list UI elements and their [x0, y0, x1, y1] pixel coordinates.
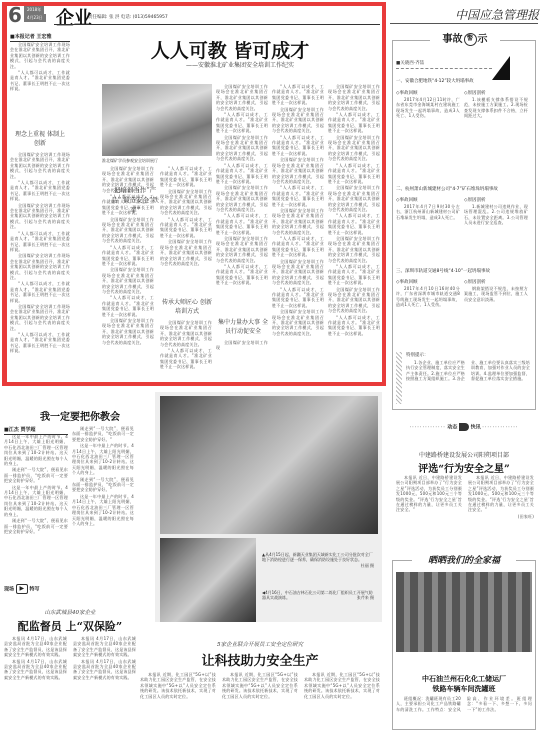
feature-intro-text: 全国煤矿安全培训工作现场会在淮北矿业集团召开，淮北矿业集团以其创新的安全培训工作… — [10, 42, 70, 69]
body-para: “人人都可以成才，工作就是育人才。”淮北矿业集团党委书记、董事长王明胜不止一次这… — [216, 213, 268, 235]
case-1-cause: 1.该模板支撑体系搭设不规范，未按施工方案施工。2.现场检查发现支撑体系扣件不合… — [464, 97, 528, 167]
body-para: “人人都可以成才，工作就是育人才。”淮北矿业集团党委书记、董事长王明胜不止一次这… — [10, 332, 70, 354]
article-text: 刚走到“一号大院”，便看见东面一排监护员，“吃饭前可一定要把安全防护穿好。” — [4, 518, 68, 534]
body-para: 全国煤矿安全培训工作现场会在淮北矿业集团召开，淮北矿业集团以其创新的安全培训工作… — [160, 320, 212, 347]
case-3-review: 2017年4月10日16时40分许，广东省深圳市城市轨道交通8号线施工现场发生一… — [396, 286, 460, 342]
caption-2-credit: 张芹来 摄 — [357, 595, 374, 600]
speaker-icon — [459, 423, 469, 431]
play-icon[interactable]: ▶ — [16, 584, 28, 594]
body-para: 全国煤矿安全培训工作现场会在淮北矿业集团召开，淮北矿业集团以其创新的安全培训工作… — [328, 287, 380, 314]
feature-byline: ■本报记者 王宏雅 — [10, 33, 70, 42]
case-text: 1.该模板支撑体系搭设不规范，未按施工方案施工。2.现场检查发现支撑体系扣件不合… — [464, 97, 528, 119]
feature-photo — [102, 84, 212, 156]
flash-headline: 评选“行为安全之星” — [392, 460, 536, 475]
news-flash-divider: ·············· 动态 快讯 ·············· — [392, 423, 536, 431]
tech-text: 本报讯 近期，化工园区“5G+以”技术助力化工园区安全生产监管，在安全技术领域实… — [140, 672, 216, 699]
our-home-photo — [396, 572, 532, 652]
body-para: “人人都可以成才，工作就是育人才。”淮北矿业集团党委书记、董事长王明胜不止一次这… — [10, 180, 70, 202]
insurance-text: 本报讯 4月17日，山东武城县安监局首批为全县40家企业配备了安全生产监督员，这… — [4, 636, 67, 658]
body-para: 全国煤矿安全培训工作现场会在淮北矿业集团召开，淮北矿业集团以其创新的安全培训工作… — [272, 208, 324, 235]
flash-text: 本报讯 近日，中建路桥建设发展公司阳朔项目部举办了“行为安全之星”评选活动，为获… — [468, 475, 534, 513]
our-home-headline-1: 中石油兰州石化化工储运厂 — [396, 674, 532, 684]
tech-body: 本报讯 近期，化工园区“5G+以”技术助力化工园区安全生产监管，在安全技术领域实… — [140, 672, 380, 730]
body-para: “人人都可以成才，工作就是育人才。”淮北矿业集团党委书记、董事长王明胜不止一次这… — [216, 163, 268, 185]
body-para: “人人都可以成才，工作就是育人才。”淮北矿业集团党委书记、董事长王明胜不止一次这… — [328, 163, 380, 185]
flash-label-right: 快讯 — [471, 425, 481, 431]
feature-col5-body: “人人都可以成才，工作就是育人才。”淮北矿业集团党委书记、董事长王明胜不止一次这… — [272, 84, 324, 378]
case-text: 2017年4月7日9时30分左右，浙江杭州萧山新城建材公司矿石堆垛发生坍塌，造成… — [396, 204, 460, 220]
insurance-text: 本报讯 4月17日，山东武城县安监局首批为全县40家企业配备了安全生产监督员，这… — [73, 659, 136, 681]
caption-1-text: ▲从4月15日起，新疆天业集团天域新实化工公司分批次对全厂地下消防栓进行逐一保养… — [262, 552, 373, 562]
article-text: 刚走到“一号大院”，便看见东面一排监护员，“吃饭前可一定要把安全防护穿好。” — [4, 467, 68, 483]
feature-col1-body: 全国煤矿安全培训工作现场会在淮北矿业集团召开，淮北矿业集团以其创新的安全培训工作… — [10, 152, 70, 377]
insurance-text: 本报讯 4月17日，山东武城县安监局首批为全县40家企业配备了安全生产监督员，这… — [73, 636, 136, 658]
body-para: “人人都可以成才，工作就是育人才。”淮北矿业集团党委书记、董事长王明胜不止一次这… — [272, 135, 324, 157]
photo-caption-2: ◀4月16日，中石油吉林石化公司第二炼化厂组织员工开展气防器具实战演练。 张芹来… — [262, 590, 374, 601]
body-para: “人人都可以成才，工作就是育人才。”淮北矿业集团党委书记、董事长王明胜不止一次这… — [102, 295, 154, 317]
caption-1-credit: 杜丽 摄 — [361, 563, 374, 568]
video-feature-bar: 现场 ▶ 特写 — [4, 584, 70, 594]
body-para: 全国煤矿安全培训工作现场会在淮北矿业集团召开，淮北矿业集团以其创新的安全培训工作… — [10, 203, 70, 230]
warning-author-rule — [396, 68, 492, 69]
gas-drill-photo — [160, 538, 256, 622]
dots-left: ·············· — [410, 425, 446, 431]
body-para: “人人都可以成才，工作就是育人才。”淮北矿业集团党委书记、董事长王明胜不止一次这… — [272, 84, 324, 106]
body-para: “人人都可以成才，工作就是育人才。”淮北矿业集团党委书记、董事长王明胜不止一次这… — [272, 185, 324, 207]
case-text: 1.新城建材公司违规作业，现场管理混乱。2.公司违规堆放矿石，未设置安全距离。3… — [464, 204, 528, 226]
case-1-cause-label: ◇原因剖析 — [464, 90, 485, 96]
tech-headline: 让科技助力安全生产 — [140, 650, 380, 669]
body-para: 全国煤矿安全培训工作现场会在淮北矿业集团召开，淮北矿业集团以其创新的安全培训工作… — [102, 166, 154, 193]
case-3-cause-label: ◇原因剖析 — [464, 279, 485, 285]
tech-kicker: 5家企业联合开展员工安全定位研究 — [140, 640, 380, 648]
accident-warning-title: 事故警示 — [430, 32, 500, 48]
article-text: 刚走到“一号大院”，便看见东面一排监护员，“吃饭前可一定要把安全防护穿好。” — [72, 477, 134, 493]
tech-text: 本报讯 近期，化工园区“5G+以”技术助力化工园区安全生产监管，在安全技术领域实… — [304, 672, 380, 699]
feature-col3-body: “人人都可以成才，工作就是育人才。”淮北矿业集团党委书记、董事长王明胜不止一次这… — [160, 166, 212, 294]
feature-col4-body: 全国煤矿安全培训工作现场会在淮北矿业集团召开，淮北矿业集团以其创新的安全培训工作… — [216, 84, 268, 314]
case-3-title: 三、深圳市轨道交通8号线“4·10”一起坍塌事故 — [396, 268, 490, 274]
title-right: 示 — [478, 34, 488, 45]
tips-body: 1.各企业、施工单位应严格执行安全管理制度，落实安全生产主体责任。2.施工单位应… — [406, 360, 530, 404]
article-text: 这是一年中最上产的时节。4月14日上午，大雄上阳光明媚，中石化西北油田三厂管理一… — [4, 485, 68, 517]
video-label-right: 特写 — [30, 587, 40, 593]
tech-text: 本报讯 近期，化工园区“5G+以”技术助力化工园区安全生产监管，在安全技术领域实… — [222, 672, 298, 699]
falling-rocks-icon — [492, 56, 510, 80]
case-1-title: 一、安徽合肥地铁“4·12”较大坍塌事故 — [396, 78, 474, 84]
body-para: “人人都可以成才，工作就是育人才。”淮北矿业集团党委书记、董事长王明胜不止一次这… — [328, 112, 380, 134]
insurance-headline: 配监督员 上“双保险” — [4, 618, 136, 634]
insurance-body: 本报讯 4月17日，山东武城县安监局首批为全县40家企业配备了安全生产监督员，这… — [4, 636, 136, 730]
body-para: 全国煤矿安全培训工作现场会在淮北矿业集团召开，淮北矿业集团以其创新的安全培训工作… — [160, 239, 212, 266]
case-3-review-label: ◇事故回顾 — [396, 279, 417, 285]
feature-footer-credit: 全国煤矿安全培训工作现 — [216, 340, 268, 378]
body-para: 全国煤矿安全培训工作现场会在淮北矿业集团召开，淮北矿业集团以其创新的安全培训工作… — [102, 217, 154, 244]
flash-label-left: 动态 — [447, 425, 457, 431]
paper-name: 中国应急管理报 — [455, 6, 539, 23]
body-para: “人人都可以成才，工作就是育人才。”淮北矿业集团党委书记、董事长王明胜不止一次这… — [328, 264, 380, 286]
our-home-headline-2: 铁路车辆车间洗罐班 — [396, 684, 532, 694]
body-para: 全国煤矿安全培训工作现场会在淮北矿业集团召开，淮北矿业集团以其创新的安全培训工作… — [328, 135, 380, 162]
case-text: 2017年4月12日11时许，广东省东莞市金海城某村在建筑施工现场发生一起坍塌事… — [396, 97, 460, 119]
body-para: “人人都可以成才，工作就是育人才。”淮北矿业集团党委书记、董事长王明胜不止一次这… — [102, 245, 154, 267]
case-1-review-label: ◇事故回顾 — [396, 90, 417, 96]
bottom-left-col2: 刚走到“一号大院”，便看见东面一排监护员，“吃饭前可一定要把安全防护穿好。” 这… — [72, 426, 134, 574]
case-1-review: 2017年4月12日11时许，广东省东莞市金海城某村在建筑施工现场发生一起坍塌事… — [396, 97, 460, 167]
warning-icon: 警 — [464, 33, 477, 46]
masthead-rule-right — [390, 23, 538, 24]
body-para: “人人都可以成才，工作就是育人才。”淮北矿业集团党委书记、董事长王明胜不止一次这… — [328, 213, 380, 235]
body-para: 全国煤矿安全培训工作现场会在淮北矿业集团召开，淮北矿业集团以其创新的安全培训工作… — [272, 259, 324, 286]
article-text: 这是一年中最上产的时节。4月14日上午，大雄上阳光明媚，中石化西北油田三厂管理一… — [72, 494, 134, 526]
tips-text: 1.各企业、施工单位应严格执行安全管理制度，落实安全生产主体责任。2.施工单位应… — [406, 360, 530, 382]
feature-col6-body: 全国煤矿安全培训工作现场会在淮北矿业集团召开，淮北矿业集团以其创新的安全培训工作… — [328, 84, 380, 378]
tips-label: 特别提示： — [406, 352, 429, 358]
body-para: 全国煤矿安全培训工作现场会在淮北矿业集团召开，淮北矿业集团以其创新的安全培训工作… — [328, 236, 380, 263]
case-2-cause-label: ◇原因剖析 — [464, 197, 485, 203]
insurance-text: 本报讯 4月17日，山东武城县安监局首批为全县40家企业配备了安全生产监督员，这… — [4, 659, 67, 681]
dots-right: ·············· — [482, 425, 518, 431]
body-para: 全国煤矿安全培训工作现场会在淮北矿业集团召开，淮北矿业集团以其创新的安全培训工作… — [216, 84, 268, 111]
body-para: 全国煤矿安全培训工作现场会在淮北矿业集团召开，淮北矿业集团以其创新的安全培训工作… — [272, 309, 324, 336]
feature-col3-body-b: 全国煤矿安全培训工作现场会在淮北矿业集团召开，淮北矿业集团以其创新的安全培训工作… — [160, 320, 212, 378]
body-para: “人人都可以成才，工作就是育人才。”淮北矿业集团党委书记、董事长王明胜不止一次这… — [272, 236, 324, 258]
bottom-left-headline: 我一定要把你教会 — [10, 408, 150, 423]
feature-quote-text: “人人都可以成才，工作就是育人才。”淮北矿业集团党委书记、董事长王明胜不止一次这… — [10, 70, 70, 92]
body-para: 全国煤矿安全培训工作现场会在淮北矿业集团召开，淮北矿业集团以其创新的安全培训工作… — [272, 107, 324, 134]
body-para: 全国煤矿安全培训工作现场会在淮北矿业集团召开，淮北矿业集团以其创新的安全培训工作… — [102, 267, 154, 294]
body-para: 全国煤矿安全培训工作现场会在淮北矿业集团召开，淮北矿业集团以其创新的安全培训工作… — [328, 84, 380, 111]
case-text: 2017年4月10日16时40分许，广东省深圳市城市轨道交通8号线施工现场发生一… — [396, 286, 460, 308]
flash-credit: (田家旺) — [468, 514, 534, 519]
flash-body: 本报讯 近日，中建路桥建设发展公司阳朔项目部举办了“行为安全之星”评选活动，为获… — [396, 475, 534, 537]
feature-col2-body: 全国煤矿安全培训工作现场会在淮北矿业集团召开，淮北矿业集团以其创新的安全培训工作… — [102, 166, 154, 378]
case-3-cause: 钢筋架搭设不规范，未按照方案施工，现场监管不到位，施工人员安全意识淡薄。 — [464, 286, 528, 342]
feature-subhead-3: 传承大师匠心 创新培训方式 — [162, 298, 212, 316]
feature-inner-border — [6, 6, 7, 382]
feature-photo-caption: 淮北煤矿学员参观安全培训展厅 — [102, 158, 212, 163]
article-text: 这是一年中最上产的时节。4月14日上午，大雄上阳光明媚，中石化西北油田三厂管理一… — [4, 434, 68, 466]
our-home-text: 班组概况：洗罐班现有员工20人，主要承担公司化工产品铁路罐车的清洗工作。工作特点… — [396, 696, 532, 713]
case-2-review-label: ◇事故回顾 — [396, 197, 417, 203]
our-home-body: 班组概况：洗罐班现有员工20人，主要承担公司化工产品铁路罐车的清洗工作。工作特点… — [396, 696, 532, 728]
feature-subhead-4: 集中力量办大事 全员行动促安全 — [218, 318, 268, 336]
feature-subheadline: ——安徽淮北矿业集团安全培训工作纪实 — [150, 60, 330, 69]
body-para: 全国煤矿安全培训工作现场会在淮北矿业集团召开，淮北矿业集团以其创新的安全培训工作… — [10, 304, 70, 331]
body-para: 全国煤矿安全培训工作现场会在淮北矿业集团召开，淮北矿业集团以其创新的安全培训工作… — [328, 185, 380, 212]
body-para: “人人都可以成才，工作就是育人才。”淮北矿业集团党委书记、董事长王明胜不止一次这… — [216, 112, 268, 134]
insurance-kicker: 山东武城县40家企业 — [4, 608, 136, 616]
case-text: 钢筋架搭设不规范，未按照方案施工，现场监管不到位，施工人员安全意识淡薄。 — [464, 286, 528, 302]
feature-headline: 人人可教 皆可成才 — [130, 36, 330, 63]
body-para: 全国煤矿安全培训工作现场会在淮北矿业集团召开，淮北矿业集团以其创新的安全培训工作… — [160, 189, 212, 216]
photo-caption-1: ▲从4月15日起，新疆天业集团天域新实化工公司分批次对全厂地下消防栓进行逐一保养… — [262, 552, 374, 568]
title-left: 事故 — [443, 34, 463, 45]
our-home-banner: 晒晒我们的全家福 — [412, 553, 516, 566]
body-para: “人人都可以成才，工作就是育人才。”淮北矿业集团党委书记、董事长王明胜不止一次这… — [160, 166, 212, 188]
body-para: “人人都可以成才，工作就是育人才。”淮北矿业集团党委书记、董事长王明胜不止一次这… — [160, 348, 212, 370]
case-2-title: 二、杭州萧山新城建材公司“4·7”矿石堆垛坍塌事故 — [396, 186, 498, 192]
flash-kicker: 中建路桥建设发展公司阳朔项目部 — [392, 450, 536, 459]
body-para: “人人都可以成才，工作就是育人才。”淮北矿业集团党委书记、董事长王明胜不止一次这… — [216, 264, 268, 286]
body-para: 全国煤矿安全培训工作现场会在淮北矿业集团召开，淮北矿业集团以其创新的安全培训工作… — [216, 135, 268, 162]
firefighting-photo — [160, 396, 378, 534]
case-2-cause: 1.新城建材公司违规作业，现场管理混乱。2.公司违规堆放矿石，未设置安全距离。3… — [464, 204, 528, 260]
body-para: “人人都可以成才，工作就是育人才。”淮北矿业集团党委书记、董事长王明胜不止一次这… — [160, 217, 212, 239]
body-para: “人人都可以成才，工作就是育人才。”淮北矿业集团党委书记、董事长王明胜不止一次这… — [10, 281, 70, 303]
article-text: 刚走到“一号大院”，便看见东面一排监护员，“吃饭前可一定要把安全防护穿好。” — [72, 426, 134, 442]
feature-subhead-1: 理念上重视 体制上创新 — [14, 130, 66, 148]
body-para: 全国煤矿安全培训工作现场会在淮北矿业集团召开，淮北矿业集团以其创新的安全培训工作… — [216, 185, 268, 212]
body-para: “人人都可以成才，工作就是育人才。”淮北矿业集团党委书记、董事长王明胜不止一次这… — [102, 194, 154, 216]
tips-hatch — [396, 352, 402, 404]
body-para: 全国煤矿安全培训工作现场会在淮北矿业集团召开，淮北矿业集团以其创新的安全培训工作… — [272, 157, 324, 184]
warning-author: ■关晓西·齐喆 — [396, 60, 424, 66]
body-para: “人人都可以成才，工作就是育人才。”淮北矿业集团党委书记、董事长王明胜不止一次这… — [272, 287, 324, 309]
article-text: 这是一年中最上产的时节。4月14日上午，大雄上阳光明媚，中石化西北油田三厂管理一… — [72, 443, 134, 475]
bottom-left-col1: 这是一年中最上产的时节。4月14日上午，大雄上阳光明媚，中石化西北油田三厂管理一… — [4, 434, 68, 574]
feature-intro: 全国煤矿安全培训工作现场会在淮北矿业集团召开，淮北矿业集团以其创新的安全培训工作… — [10, 42, 70, 102]
body-para: 全国煤矿安全培训工作现场会在淮北矿业集团召开，淮北矿业集团以其创新的安全培训工作… — [102, 318, 154, 345]
body-para: 全国煤矿安全培训工作现场会在淮北矿业集团召开，淮北矿业集团以其创新的安全培训工作… — [10, 152, 70, 179]
body-para: “人人都可以成才，工作就是育人才。”淮北矿业集团党委书记、董事长王明胜不止一次这… — [328, 315, 380, 337]
flash-text: 本报讯 近日，中建路桥建设发展公司阳朔项目部举办了“行为安全之星”评选活动，为获… — [396, 475, 462, 513]
body-para: “人人都可以成才，工作就是育人才。”淮北矿业集团党委书记、董事长王明胜不止一次这… — [10, 231, 70, 253]
body-para: 全国煤矿安全培训工作现 — [216, 340, 268, 351]
body-para: 全国煤矿安全培训工作现场会在淮北矿业集团召开，淮北矿业集团以其创新的安全培训工作… — [10, 253, 70, 280]
video-label-left: 现场 — [4, 587, 14, 593]
case-2-review: 2017年4月7日9时30分左右，浙江杭州萧山新城建材公司矿石堆垛发生坍塌，造成… — [396, 204, 460, 260]
body-para: 全国煤矿安全培训工作现场会在淮北矿业集团召开，淮北矿业集团以其创新的安全培训工作… — [216, 236, 268, 263]
